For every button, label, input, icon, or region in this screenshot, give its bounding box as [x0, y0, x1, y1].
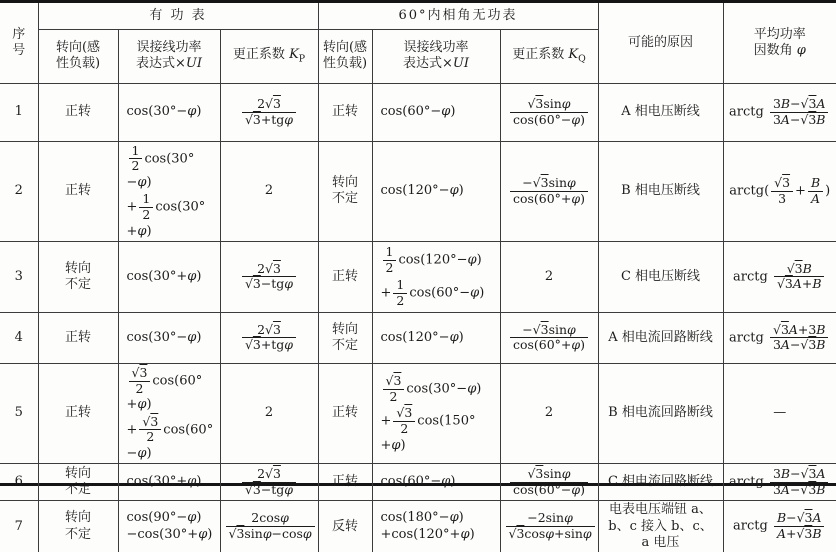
row-number-cell: 4 [0, 312, 38, 363]
pf-angle-cell: — [723, 363, 836, 463]
active-correction-cell: 2 [220, 141, 318, 241]
active-expression-cell: cos(30°−φ) [118, 312, 220, 363]
reactive-direction-cell: 正转 [318, 83, 372, 141]
cause-cell: C 相电压断线 [598, 241, 723, 312]
header-active-group: 有 功 表 [38, 3, 318, 29]
reactive-correction-cell: 2 [500, 363, 598, 463]
table-header: 序 号 有 功 表 60°内相角无功表 可能的原因 平均功率因数角 φ 转向(感… [0, 3, 836, 83]
reactive-correction-cell: −2sinφ√3cosφ+sinφ [500, 501, 598, 552]
active-correction-cell: 2√3√3+tgφ [220, 312, 318, 363]
header-cause: 可能的原因 [598, 3, 723, 83]
active-direction-cell: 转向 不定 [38, 501, 118, 552]
reactive-correction-cell: −√3sinφcos(60°+φ) [500, 141, 598, 241]
active-expression-cell: cos(30°−φ) [118, 83, 220, 141]
active-direction-cell: 正转 [38, 312, 118, 363]
table-row: 7转向 不定cos(90°−φ)−cos(30°+φ)2cosφ√3sinφ−c… [0, 501, 836, 552]
table-row: 4正转cos(30°−φ)2√3√3+tgφ转向 不定cos(120°−φ)−√… [0, 312, 836, 363]
table-body: 1正转cos(30°−φ)2√3√3+tgφ正转cos(60°−φ)√3sinφ… [0, 83, 836, 552]
cause-cell: B 相电压断线 [598, 141, 723, 241]
header-pf-angle: 平均功率因数角 φ [723, 3, 836, 83]
cause-cell: 电表电压端钮 a、b、c 接入 b、c、a 电压 [598, 501, 723, 552]
pf-angle-cell: arctg 3B−√3A3A−√3B [723, 83, 836, 141]
active-direction-cell: 正转 [38, 141, 118, 241]
reactive-correction-cell: √3sinφcos(60°−φ) [500, 83, 598, 141]
pf-angle-cell: arctg 3B−√3A3A−√3B [723, 464, 836, 501]
header-active-expression: 误接线功率表达式×UI [118, 29, 220, 83]
header-reactive-group: 60°内相角无功表 [318, 3, 598, 29]
active-direction-cell: 转向 不定 [38, 241, 118, 312]
active-expression-cell: 12cos(30°−φ)+12cos(30°+φ) [118, 141, 220, 241]
pf-angle-cell: arctg √3A+3B3A−√3B [723, 312, 836, 363]
active-expression-cell: cos(90°−φ)−cos(30°+φ) [118, 501, 220, 552]
header-seq: 序 号 [0, 3, 38, 83]
misconnection-reference-table-page: 序 号 有 功 表 60°内相角无功表 可能的原因 平均功率因数角 φ 转向(感… [0, 0, 836, 486]
reactive-direction-cell: 正转 [318, 363, 372, 463]
active-expression-cell: cos(30°+φ) [118, 241, 220, 312]
header-active-correction: 更正系数 KP [220, 29, 318, 83]
active-direction-cell: 正转 [38, 83, 118, 141]
reactive-direction-cell: 反转 [318, 501, 372, 552]
cause-cell: B 相电流回路断线 [598, 363, 723, 463]
reactive-expression-cell: cos(120°−φ) [372, 312, 500, 363]
table-row: 3转向 不定cos(30°+φ)2√3√3−tgφ正转12cos(120°−φ)… [0, 241, 836, 312]
reactive-expression-cell: cos(180°−φ)+cos(120°+φ) [372, 501, 500, 552]
table-row: 5正转√32cos(60°+φ)+√32cos(60°−φ)2正转√32cos(… [0, 363, 836, 463]
active-correction-cell: 2√3√3−tgφ [220, 464, 318, 501]
active-correction-cell: 2√3√3+tgφ [220, 83, 318, 141]
row-number-cell: 2 [0, 141, 38, 241]
reactive-expression-cell: cos(60°−φ) [372, 464, 500, 501]
row-number-cell: 5 [0, 363, 38, 463]
active-direction-cell: 正转 [38, 363, 118, 463]
cause-cell: A 相电压断线 [598, 83, 723, 141]
cause-cell: A 相电流回路断线 [598, 312, 723, 363]
cause-cell: C 相电流回路断线 [598, 464, 723, 501]
reactive-correction-cell: √3sinφcos(60°−φ) [500, 464, 598, 501]
pf-angle-cell: arctg(√33+BA) [723, 141, 836, 241]
reactive-direction-cell: 转向 不定 [318, 141, 372, 241]
pf-angle-cell: arctg B−√3AA+√3B [723, 501, 836, 552]
active-expression-cell: √32cos(60°+φ)+√32cos(60°−φ) [118, 363, 220, 463]
table-row: 6转向 不定cos(30°+φ)2√3√3−tgφ正转cos(60°−φ)√3s… [0, 464, 836, 501]
row-number-cell: 3 [0, 241, 38, 312]
reactive-expression-cell: √32cos(30°−φ)+√32cos(150°+φ) [372, 363, 500, 463]
reactive-direction-cell: 正转 [318, 241, 372, 312]
active-correction-cell: 2cosφ√3sinφ−cosφ [220, 501, 318, 552]
active-direction-cell: 转向 不定 [38, 464, 118, 501]
header-reactive-expression: 误接线功率表达式×UI [372, 29, 500, 83]
reactive-expression-cell: cos(120°−φ) [372, 141, 500, 241]
row-number-cell: 7 [0, 501, 38, 552]
reactive-direction-cell: 转向 不定 [318, 312, 372, 363]
table-row: 2正转12cos(30°−φ)+12cos(30°+φ)2转向 不定cos(12… [0, 141, 836, 241]
reactive-expression-cell: 12cos(120°−φ)+12cos(60°−φ) [372, 241, 500, 312]
reactive-correction-cell: −√3sinφcos(60°+φ) [500, 312, 598, 363]
pf-angle-cell: arctg √3B√3A+B [723, 241, 836, 312]
active-correction-cell: 2√3√3−tgφ [220, 241, 318, 312]
header-reactive-direction: 转向(感 性负载) [318, 29, 372, 83]
misconnection-table: 序 号 有 功 表 60°内相角无功表 可能的原因 平均功率因数角 φ 转向(感… [0, 3, 836, 552]
header-active-direction: 转向(感 性负载) [38, 29, 118, 83]
row-number-cell: 6 [0, 464, 38, 501]
active-correction-cell: 2 [220, 363, 318, 463]
reactive-direction-cell: 正转 [318, 464, 372, 501]
reactive-correction-cell: 2 [500, 241, 598, 312]
active-expression-cell: cos(30°+φ) [118, 464, 220, 501]
table-row: 1正转cos(30°−φ)2√3√3+tgφ正转cos(60°−φ)√3sinφ… [0, 83, 836, 141]
row-number-cell: 1 [0, 83, 38, 141]
header-reactive-correction: 更正系数 KQ [500, 29, 598, 83]
reactive-expression-cell: cos(60°−φ) [372, 83, 500, 141]
